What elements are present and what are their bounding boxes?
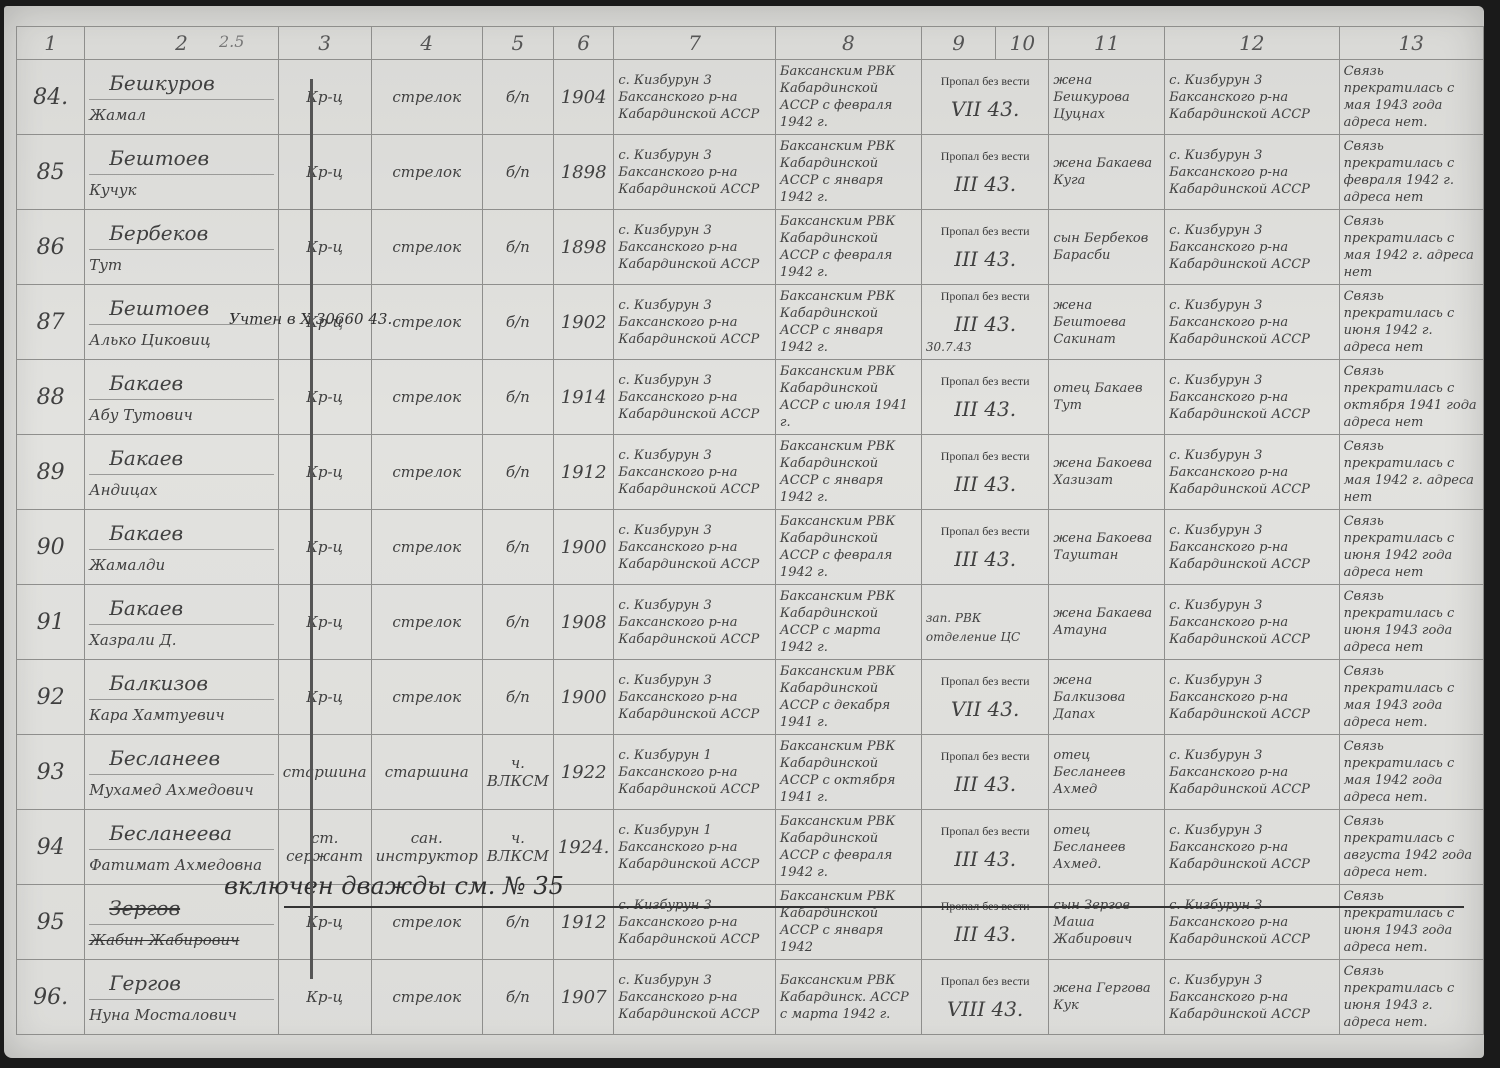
surname: Бакаев xyxy=(89,446,274,475)
strike-through-line xyxy=(284,906,1464,908)
birth-year: 1904 xyxy=(553,60,614,135)
remarks: Связь прекратилась с мая 1942 г. адреса … xyxy=(1339,435,1483,510)
remarks: Связь прекратилась с июня 1943 г. адреса… xyxy=(1339,960,1483,1035)
row-number: 85 xyxy=(17,135,85,210)
rank: Кр-ц xyxy=(278,60,371,135)
column-number: 5 xyxy=(482,27,553,60)
birthplace: с. Кизбурун 3 Баксанского р-на Кабардинс… xyxy=(614,510,776,585)
soldier-name: БакаевАбу Тутович xyxy=(85,360,279,435)
kin-address: с. Кизбурун 3 Баксанского р-на Кабардинс… xyxy=(1165,660,1340,735)
given-name: Мухамед Ахмедович xyxy=(89,775,274,799)
surname: Бешкуров xyxy=(89,71,274,100)
kin-address: с. Кизбурун 3 Баксанского р-на Кабардинс… xyxy=(1165,285,1340,360)
kin-address: с. Кизбурун 3 Баксанского р-на Кабардинс… xyxy=(1165,210,1340,285)
birthplace: с. Кизбурун 3 Баксанского р-на Кабардинс… xyxy=(614,885,776,960)
status-stamp: Пропал без вести xyxy=(926,674,1045,689)
missing-date: VII 43. xyxy=(926,689,1045,721)
position: стрелок xyxy=(371,135,482,210)
birth-year: 1907 xyxy=(553,960,614,1035)
pencil-check-line xyxy=(310,79,313,979)
birth-year: 1900 xyxy=(553,660,614,735)
conscription-office: Баксанским РВК Кабардинской АССР с январ… xyxy=(775,135,921,210)
missing-status: Пропал без вестиIII 43. xyxy=(921,360,1049,435)
missing-status: Пропал без вестиIII 43. xyxy=(921,510,1049,585)
position: стрелок xyxy=(371,585,482,660)
missing-status: Пропал без вестиIII 43. xyxy=(921,810,1049,885)
rank: Кр-ц xyxy=(278,360,371,435)
conscription-office: Баксанским РВК Кабардинской АССР с февра… xyxy=(775,60,921,135)
remarks: Связь прекратилась с мая 1942 г. адреса … xyxy=(1339,210,1483,285)
party-status: б/п xyxy=(482,60,553,135)
table-row: 91БакаевХазрали Д.Кр-цстрелокб/п1908с. К… xyxy=(17,585,1484,660)
party-status: б/п xyxy=(482,510,553,585)
status-stamp: Пропал без вести xyxy=(926,74,1045,89)
missing-date: VII 43. xyxy=(926,89,1045,121)
kin-address: с. Кизбурун 3 Баксанского р-на Кабардинс… xyxy=(1165,135,1340,210)
soldier-name: БакаевЖамалди xyxy=(85,510,279,585)
given-name: Хазрали Д. xyxy=(89,625,274,649)
row-number: 88 xyxy=(17,360,85,435)
kin-address: с. Кизбурун 3 Баксанского р-на Кабардинс… xyxy=(1165,510,1340,585)
surname: Бесланеев xyxy=(89,746,274,775)
next-of-kin: жена Бакаева Куга xyxy=(1049,135,1165,210)
column-number: 4 xyxy=(371,27,482,60)
surname: Балкизов xyxy=(89,671,274,700)
rank: Кр-ц xyxy=(278,510,371,585)
party-status: б/п xyxy=(482,285,553,360)
missing-status: Пропал без вестиVIII 43. xyxy=(921,960,1049,1035)
soldier-name: БакаевАндицах xyxy=(85,435,279,510)
missing-status: Пропал без вестиIII 43. xyxy=(921,735,1049,810)
column-number: 7 xyxy=(614,27,776,60)
birthplace: с. Кизбурун 3 Баксанского р-на Кабардинс… xyxy=(614,60,776,135)
birth-year: 1900 xyxy=(553,510,614,585)
soldier-name: БесланеевМухамед Ахмедович xyxy=(85,735,279,810)
birthplace: с. Кизбурун 3 Баксанского р-на Кабардинс… xyxy=(614,660,776,735)
missing-date: III 43. xyxy=(926,914,1045,946)
given-name: Абу Тутович xyxy=(89,400,274,424)
position: стрелок xyxy=(371,360,482,435)
rank: старшина xyxy=(278,735,371,810)
missing-date: VIII 43. xyxy=(926,989,1045,1021)
party-status: б/п xyxy=(482,960,553,1035)
remarks: Связь прекратилась с июня 1943 года адре… xyxy=(1339,585,1483,660)
margin-mark: 2.5 xyxy=(219,32,244,51)
rank: Кр-ц xyxy=(278,585,371,660)
given-name: Жамал xyxy=(89,100,274,124)
remarks: Связь прекратилась с октября 1941 года а… xyxy=(1339,360,1483,435)
rank: Кр-ц xyxy=(278,660,371,735)
kin-address: с. Кизбурун 3 Баксанского р-на Кабардинс… xyxy=(1165,885,1340,960)
birthplace: с. Кизбурун 3 Баксанского р-на Кабардинс… xyxy=(614,960,776,1035)
ledger-sheet: 12345678910111213 84.БешкуровЖамалКр-цст… xyxy=(4,6,1484,1058)
rank: Кр-ц xyxy=(278,135,371,210)
birthplace: с. Кизбурун 3 Баксанского р-на Кабардинс… xyxy=(614,360,776,435)
soldier-name: БештоевКучук xyxy=(85,135,279,210)
next-of-kin: отец Бесланеев Ахмед. xyxy=(1049,810,1165,885)
missing-date: III 43. xyxy=(926,839,1045,871)
row-number: 96. xyxy=(17,960,85,1035)
next-of-kin: жена Бешкурова Цуцнах xyxy=(1049,60,1165,135)
rank: Кр-ц xyxy=(278,210,371,285)
column-number: 8 xyxy=(775,27,921,60)
table-row: 89БакаевАндицахКр-цстрелокб/п1912с. Кизб… xyxy=(17,435,1484,510)
birthplace: с. Кизбурун 3 Баксанского р-на Кабардинс… xyxy=(614,435,776,510)
missing-status: Пропал без вестиIII 43. xyxy=(921,210,1049,285)
next-of-kin: жена Бакаева Атауна xyxy=(1049,585,1165,660)
remarks: Связь прекратилась с июня 1943 года адре… xyxy=(1339,885,1483,960)
position: стрелок xyxy=(371,60,482,135)
table-row: 86БербековТутКр-цстрелокб/п1898с. Кизбур… xyxy=(17,210,1484,285)
missing-status: зап. РВК отделение ЦС xyxy=(921,585,1049,660)
position: стрелок xyxy=(371,210,482,285)
status-stamp: Пропал без вести xyxy=(926,974,1045,989)
row-number: 92 xyxy=(17,660,85,735)
position: стрелок xyxy=(371,660,482,735)
kin-address: с. Кизбурун 3 Баксанского р-на Кабардинс… xyxy=(1165,60,1340,135)
missing-date: III 43. xyxy=(926,304,1045,336)
row-number: 90 xyxy=(17,510,85,585)
surname: Бесланеева xyxy=(89,821,274,850)
status-stamp: Пропал без вести xyxy=(926,289,1045,304)
given-name: Жамалди xyxy=(89,550,274,574)
status-stamp: Пропал без вести xyxy=(926,374,1045,389)
soldier-name: БешкуровЖамал xyxy=(85,60,279,135)
status-stamp: Пропал без вести xyxy=(926,224,1045,239)
next-of-kin: жена Гергова Кук xyxy=(1049,960,1165,1035)
missing-date: III 43. xyxy=(926,389,1045,421)
next-of-kin: сын Зергов Маша Жабирович xyxy=(1049,885,1165,960)
status-stamp: Пропал без вести xyxy=(926,149,1045,164)
next-of-kin: отец Бесланеев Ахмед xyxy=(1049,735,1165,810)
kin-address: с. Кизбурун 3 Баксанского р-на Кабардинс… xyxy=(1165,735,1340,810)
table-row: 92БалкизовКара ХамтуевичКр-цстрелокб/п19… xyxy=(17,660,1484,735)
position: старшина xyxy=(371,735,482,810)
next-of-kin: сын Бербеков Барасби xyxy=(1049,210,1165,285)
surname: Бакаев xyxy=(89,596,274,625)
birth-year: 1898 xyxy=(553,135,614,210)
rank: Кр-ц xyxy=(278,960,371,1035)
table-row: 88БакаевАбу ТутовичКр-цстрелокб/п1914с. … xyxy=(17,360,1484,435)
kin-address: с. Кизбурун 3 Баксанского р-на Кабардинс… xyxy=(1165,585,1340,660)
remarks: Связь прекратилась с июня 1942 года адре… xyxy=(1339,510,1483,585)
conscription-office: Баксанским РВК Кабардинской АССР с январ… xyxy=(775,885,921,960)
remarks: Связь прекратилась с февраля 1942 г. адр… xyxy=(1339,135,1483,210)
missing-status: Пропал без вестиVII 43. xyxy=(921,660,1049,735)
surname: Бакаев xyxy=(89,371,274,400)
column-number: 2 xyxy=(85,27,279,60)
row-number: 95 xyxy=(17,885,85,960)
row-number: 94 xyxy=(17,810,85,885)
party-status: б/п xyxy=(482,210,553,285)
given-name: Кара Хамтуевич xyxy=(89,700,274,724)
given-name: Нуна Мосталович xyxy=(89,1000,274,1024)
surname: Бештоев xyxy=(89,146,274,175)
missing-status: Пропал без вестиIII 43. xyxy=(921,885,1049,960)
conscription-office: Баксанским РВК Кабардинской АССР с июля … xyxy=(775,360,921,435)
column-number: 13 xyxy=(1339,27,1483,60)
kin-address: с. Кизбурун 3 Баксанского р-на Кабардинс… xyxy=(1165,960,1340,1035)
conscription-office: Баксанским РВК Кабардинской АССР с январ… xyxy=(775,435,921,510)
soldier-name: БакаевХазрали Д. xyxy=(85,585,279,660)
row-number: 87 xyxy=(17,285,85,360)
kin-address: с. Кизбурун 3 Баксанского р-на Кабардинс… xyxy=(1165,435,1340,510)
missing-status: Пропал без вестиVII 43. xyxy=(921,60,1049,135)
kin-address: с. Кизбурун 3 Баксанского р-на Кабардинс… xyxy=(1165,810,1340,885)
table-row: 96.ГерговНуна МосталовичКр-цстрелокб/п19… xyxy=(17,960,1484,1035)
conscription-office: Баксанским РВК Кабардинской АССР с октяб… xyxy=(775,735,921,810)
party-status: б/п xyxy=(482,585,553,660)
position: стрелок xyxy=(371,435,482,510)
birth-year: 1922 xyxy=(553,735,614,810)
next-of-kin: жена Бештоева Сакинат xyxy=(1049,285,1165,360)
column-number: 6 xyxy=(553,27,614,60)
conscription-office: Баксанским РВК Кабардинской АССР с январ… xyxy=(775,285,921,360)
party-status: б/п xyxy=(482,360,553,435)
date-annotation: 30.7.43 xyxy=(926,340,972,354)
remarks: Связь прекратилась с мая 1943 года адрес… xyxy=(1339,660,1483,735)
birth-year: 1914 xyxy=(553,360,614,435)
given-name: Андицах xyxy=(89,475,274,499)
status-stamp: Пропал без вести xyxy=(926,749,1045,764)
conscription-office: Баксанским РВК Кабардинской АССР с марта… xyxy=(775,585,921,660)
party-status: б/п xyxy=(482,435,553,510)
column-number: 9 xyxy=(921,27,995,60)
status-stamp: Пропал без вести xyxy=(926,449,1045,464)
column-number: 11 xyxy=(1049,27,1165,60)
missing-date: III 43. xyxy=(926,164,1045,196)
birthplace: с. Кизбурун 1 Баксанского р-на Кабардинс… xyxy=(614,810,776,885)
birthplace: с. Кизбурун 3 Баксанского р-на Кабардинс… xyxy=(614,135,776,210)
party-status: б/п xyxy=(482,135,553,210)
table-row: 90БакаевЖамалдиКр-цстрелокб/п1900с. Кизб… xyxy=(17,510,1484,585)
given-name: Алько Циковиц xyxy=(89,325,274,349)
missing-status: Пропал без вестиIII 43.30.7.43 xyxy=(921,285,1049,360)
missing-date: III 43. xyxy=(926,464,1045,496)
column-number: 10 xyxy=(996,27,1049,60)
column-number: 12 xyxy=(1165,27,1340,60)
remarks: Связь прекратилась с августа 1942 года а… xyxy=(1339,810,1483,885)
remarks: Связь прекратилась с мая 1942 года адрес… xyxy=(1339,735,1483,810)
birthplace: с. Кизбурун 3 Баксанского р-на Кабардинс… xyxy=(614,285,776,360)
kin-address: с. Кизбурун 3 Баксанского р-на Кабардинс… xyxy=(1165,360,1340,435)
missing-status: Пропал без вестиIII 43. xyxy=(921,435,1049,510)
table-row: 84.БешкуровЖамалКр-цстрелокб/п1904с. Киз… xyxy=(17,60,1484,135)
party-status: б/п xyxy=(482,660,553,735)
duplicate-entry-note: включен дважды см. № 35 xyxy=(224,872,564,900)
conscription-office: Баксанским РВК Кабардинской АССР с декаб… xyxy=(775,660,921,735)
surname: Гергов xyxy=(89,971,274,1000)
party-status: ч. ВЛКСМ xyxy=(482,735,553,810)
missing-status: Пропал без вестиIII 43. xyxy=(921,135,1049,210)
conscription-office: Баксанским РВК Кабардинск. АССР с марта … xyxy=(775,960,921,1035)
row-number: 89 xyxy=(17,435,85,510)
birthplace: с. Кизбурун 3 Баксанского р-на Кабардинс… xyxy=(614,585,776,660)
next-of-kin: жена Балкизова Дапах xyxy=(1049,660,1165,735)
given-name: Фатимат Ахмедовна xyxy=(89,850,274,874)
soldier-name: БалкизовКара Хамтуевич xyxy=(85,660,279,735)
rank: Кр-ц xyxy=(278,435,371,510)
date-annotation: зап. РВК отделение ЦС xyxy=(926,611,1020,644)
column-number: 3 xyxy=(278,27,371,60)
row-number: 86 xyxy=(17,210,85,285)
table-row: 93БесланеевМухамед Ахмедовичстаршинастар… xyxy=(17,735,1484,810)
next-of-kin: жена Бакоева Тауштан xyxy=(1049,510,1165,585)
missing-date xyxy=(926,599,1045,607)
surname: Бакаев xyxy=(89,521,274,550)
conscription-office: Баксанским РВК Кабардинской АССР с февра… xyxy=(775,210,921,285)
birth-year: 1912 xyxy=(553,435,614,510)
remarks: Связь прекратилась с мая 1943 года адрес… xyxy=(1339,60,1483,135)
column-number: 1 xyxy=(17,27,85,60)
position: стрелок xyxy=(371,510,482,585)
remarks: Связь прекратилась с июня 1942 г. адреса… xyxy=(1339,285,1483,360)
row-number: 93 xyxy=(17,735,85,810)
conscription-office: Баксанским РВК Кабардинской АССР с февра… xyxy=(775,810,921,885)
surname: Бербеков xyxy=(89,221,274,250)
birthplace: с. Кизбурун 3 Баксанского р-на Кабардинс… xyxy=(614,210,776,285)
given-name: Жабин Жабирович xyxy=(89,925,274,949)
table-row: 85БештоевКучукКр-цстрелокб/п1898с. Кизбу… xyxy=(17,135,1484,210)
next-of-kin: отец Бакаев Тут xyxy=(1049,360,1165,435)
row-number: 91 xyxy=(17,585,85,660)
birth-year: 1898 xyxy=(553,210,614,285)
next-of-kin: жена Бакоева Хазизат xyxy=(1049,435,1165,510)
missing-date: III 43. xyxy=(926,539,1045,571)
row-number: 84. xyxy=(17,60,85,135)
status-stamp: Пропал без вести xyxy=(926,524,1045,539)
birth-year: 1908 xyxy=(553,585,614,660)
birth-year: 1902 xyxy=(553,285,614,360)
soldier-name: ГерговНуна Мосталович xyxy=(85,960,279,1035)
conscription-office: Баксанским РВК Кабардинской АССР с февра… xyxy=(775,510,921,585)
missing-date: III 43. xyxy=(926,764,1045,796)
position: стрелок xyxy=(371,960,482,1035)
status-stamp: Пропал без вести xyxy=(926,824,1045,839)
missing-date: III 43. xyxy=(926,239,1045,271)
birthplace: с. Кизбурун 1 Баксанского р-на Кабардинс… xyxy=(614,735,776,810)
given-name: Кучук xyxy=(89,175,274,199)
given-name: Тут xyxy=(89,250,274,274)
soldier-name: БербековТут xyxy=(85,210,279,285)
